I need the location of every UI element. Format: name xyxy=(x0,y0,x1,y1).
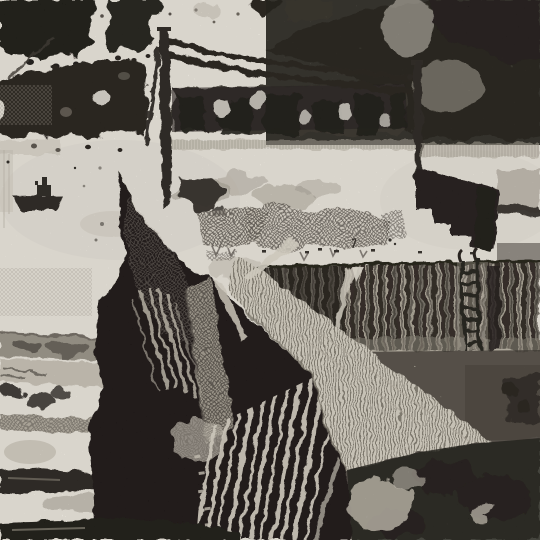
paper-grain xyxy=(0,0,540,540)
print-canvas xyxy=(0,0,540,540)
artwork-print xyxy=(0,0,540,540)
